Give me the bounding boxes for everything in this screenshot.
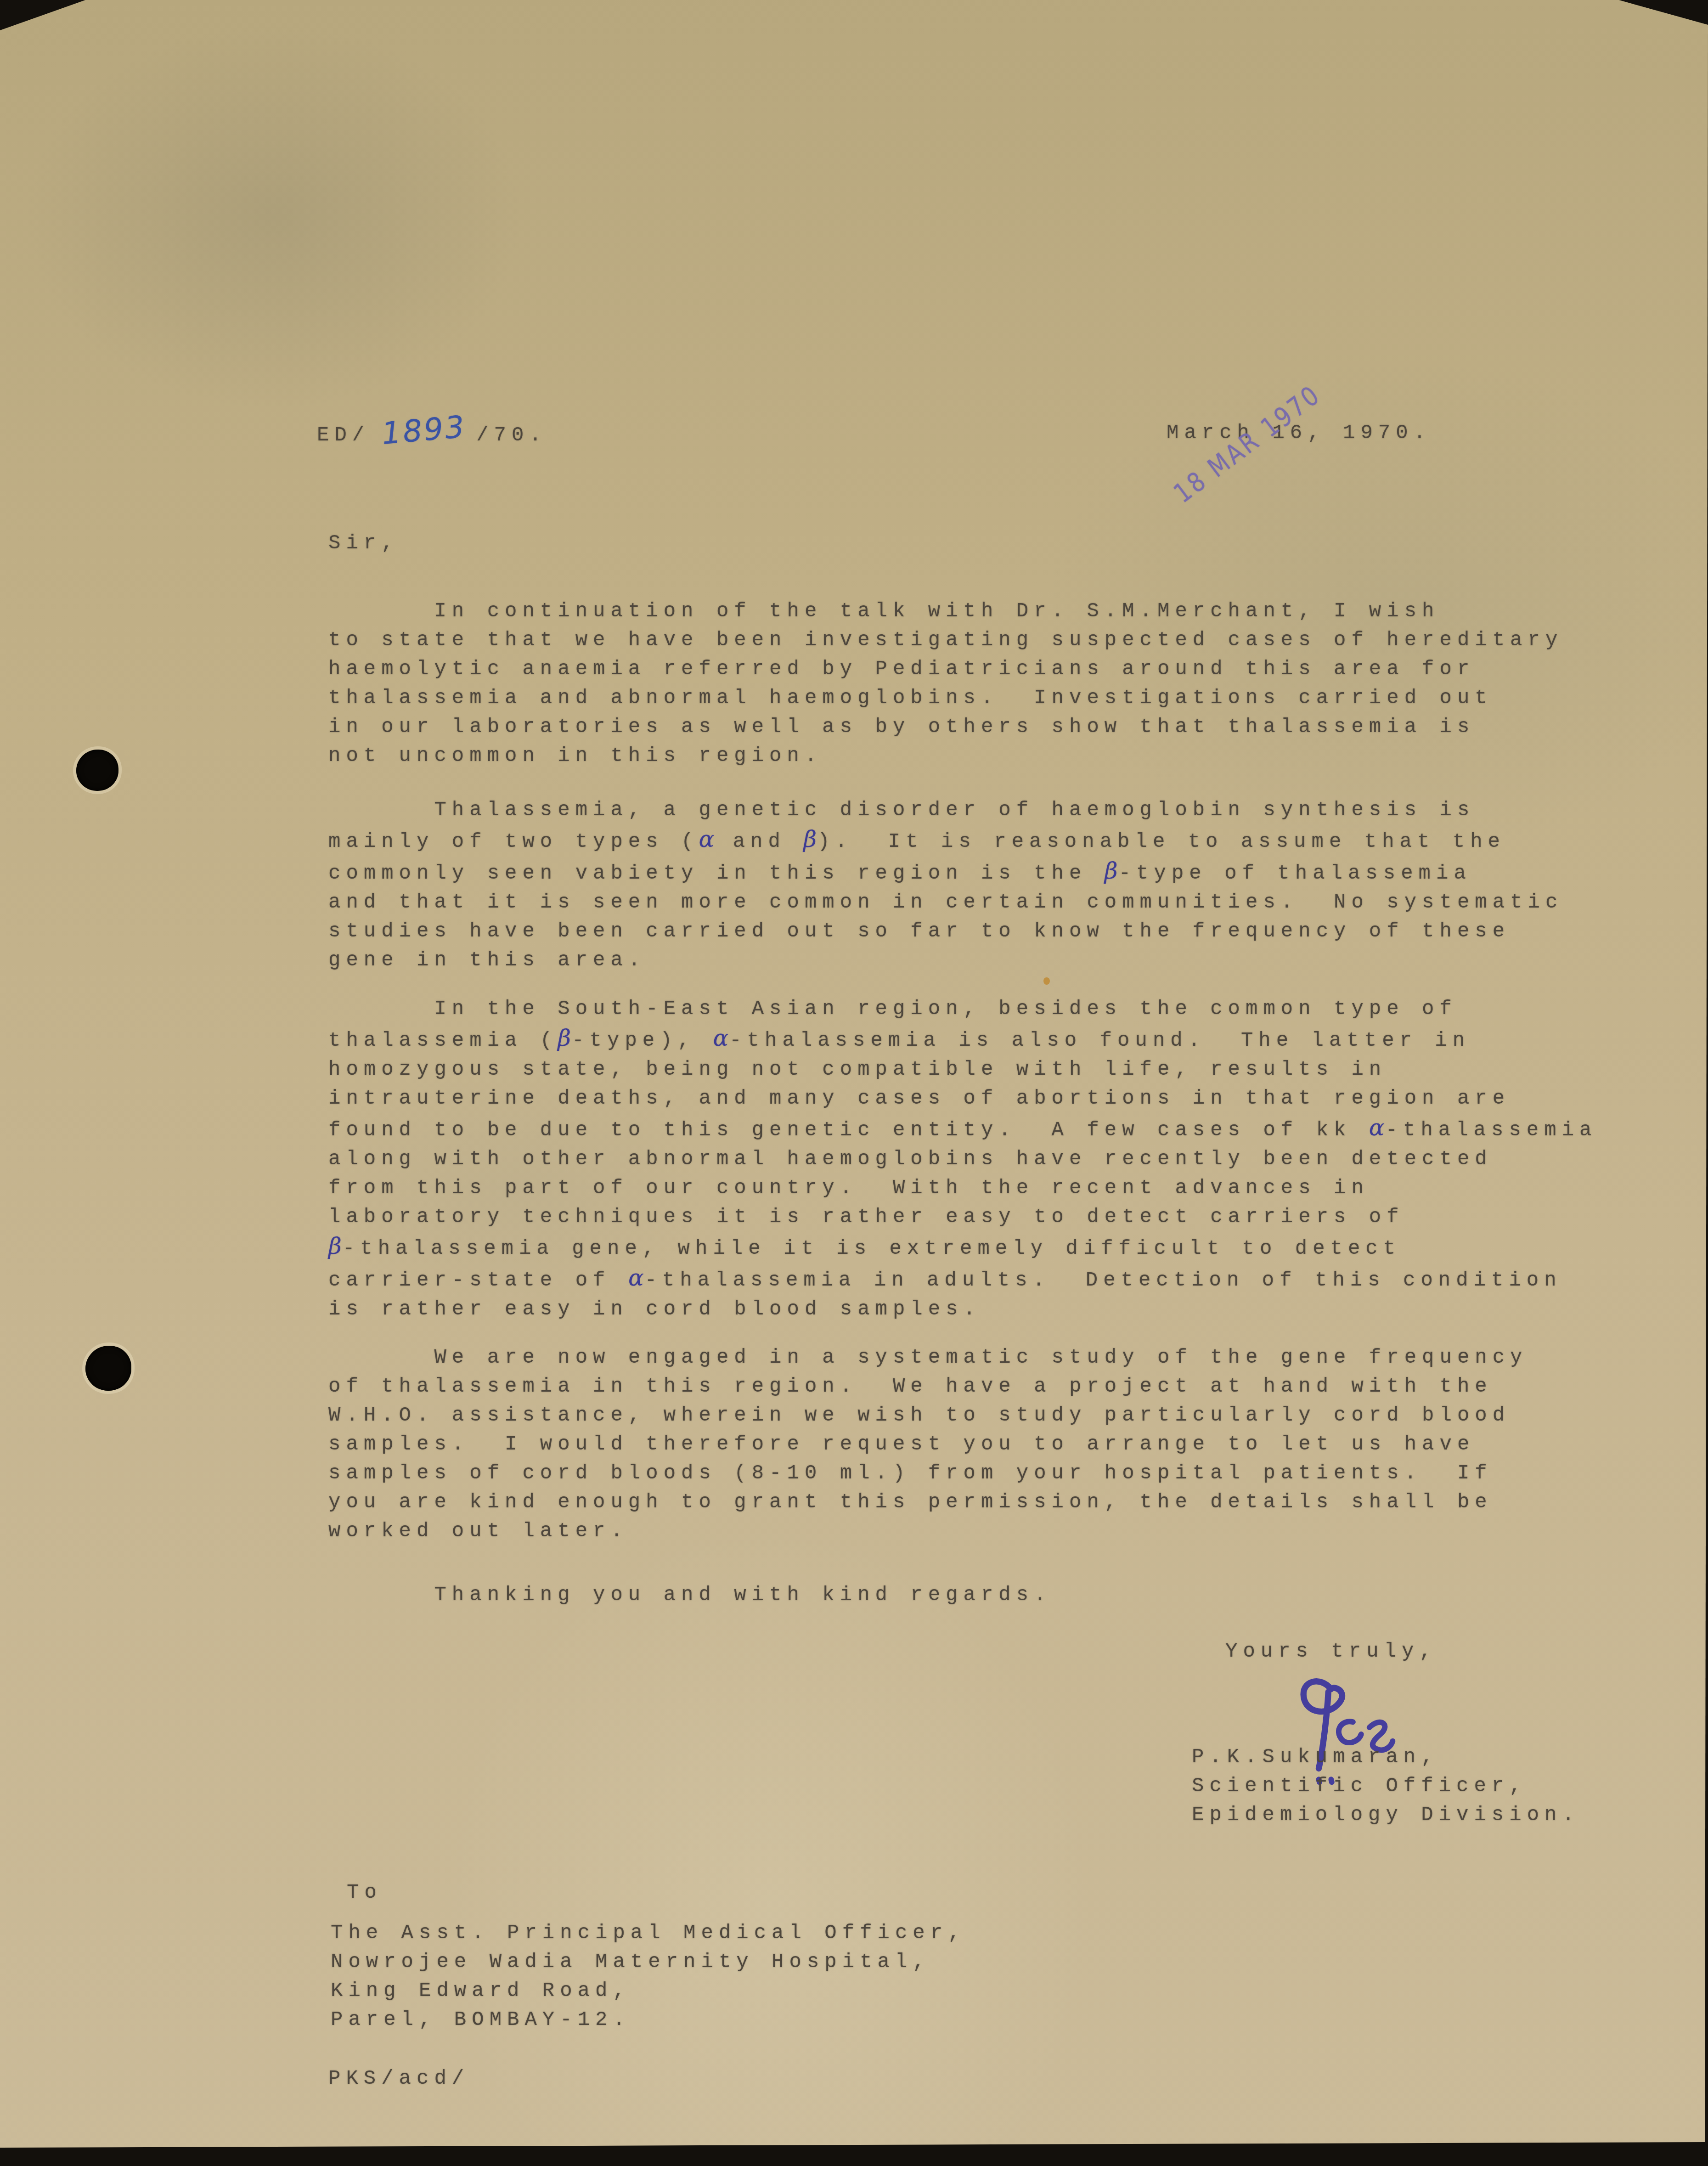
- recipient-address-line: King Edward Road,: [331, 1977, 966, 2006]
- letter-line: commonly seen vabiety in this region is …: [328, 857, 1563, 888]
- handwritten-greek-letter: α: [699, 826, 716, 852]
- letter-line: gene in this area.: [328, 946, 1563, 975]
- letter-line: along with other abnormal haemoglobins h…: [328, 1145, 1597, 1174]
- scanned-letter: ED/ 1893 /70. March 16, 1970. 18 MAR 197…: [0, 0, 1708, 2166]
- body-paragraph-4: We are now engaged in a systematic study…: [328, 1343, 1528, 1546]
- letter-line: In continuation of the talk with Dr. S.M…: [328, 597, 1563, 626]
- handwritten-greek-letter: β: [558, 1025, 572, 1051]
- letter-line: from this part of our country. With the …: [328, 1174, 1597, 1203]
- body-paragraph-1: In continuation of the talk with Dr. S.M…: [328, 597, 1563, 771]
- recipient-address-line: Nowrojee Wadia Maternity Hospital,: [331, 1948, 966, 1977]
- handwritten-greek-letter: α: [1369, 1114, 1386, 1141]
- letter-line: you are kind enough to grant this permis…: [328, 1488, 1528, 1517]
- reference-prefix: ED/: [317, 421, 370, 450]
- signatory-line: Epidemiology Division.: [1192, 1801, 1580, 1830]
- letter-line: carrier-state of α-thalassemia in adults…: [328, 1263, 1597, 1295]
- body-paragraph-2: Thalassemia, a genetic disorder of haemo…: [328, 796, 1563, 975]
- typist-initials: PKS/acd/: [328, 2064, 469, 2093]
- handwritten-greek-letter: α: [628, 1264, 645, 1291]
- letter-line: laboratory techniques it is rather easy …: [328, 1203, 1597, 1232]
- closing-line: Thanking you and with kind regards.: [328, 1581, 1052, 1610]
- signatory-line: Scientific Officer,: [1192, 1772, 1580, 1801]
- letter-line: β-thalassemia gene, while it is extremel…: [328, 1232, 1597, 1263]
- salutation: Sir,: [328, 529, 399, 558]
- letter-line: W.H.O. assistance, wherein we wish to st…: [328, 1401, 1528, 1430]
- letter-line: intrauterine deaths, and many cases of a…: [328, 1084, 1597, 1113]
- letter-line: haemolytic anaemia referred by Pediatric…: [328, 655, 1563, 684]
- letter-line: In the South-East Asian region, besides …: [328, 995, 1597, 1024]
- paper-stain: [1043, 977, 1050, 985]
- reference-suffix: /70.: [476, 421, 547, 450]
- recipient-address-line: Parel, BOMBAY-12.: [331, 2006, 966, 2035]
- letter-line: samples of cord bloods (8-10 ml.) from y…: [328, 1459, 1528, 1488]
- letter-line: thalassemia and abnormal haemoglobins. I…: [328, 684, 1563, 713]
- punch-hole-bottom: [85, 1346, 131, 1391]
- reference-line: ED/ 1893 /70.: [317, 416, 547, 450]
- letter-line: worked out later.: [328, 1517, 1528, 1546]
- valediction: Yours truly,: [1225, 1637, 1437, 1666]
- letter-line: found to be due to this genetic entity. …: [328, 1113, 1597, 1145]
- signatory-block: P.K.Sukumaran,Scientific Officer,Epidemi…: [1192, 1743, 1580, 1830]
- handwritten-greek-letter: β: [803, 826, 817, 852]
- letter-line: of thalassemia in this region. We have a…: [328, 1372, 1528, 1401]
- handwritten-greek-letter: β: [1105, 857, 1119, 884]
- letter-line: in our laboratories as well as by others…: [328, 713, 1563, 742]
- handwritten-reference-number: 1893: [381, 412, 468, 448]
- letter-line: Thalassemia, a genetic disorder of haemo…: [328, 796, 1563, 825]
- recipient-address: The Asst. Principal Medical Officer,Nowr…: [331, 1919, 966, 2035]
- recipient-address-line: The Asst. Principal Medical Officer,: [331, 1919, 966, 1948]
- recipient-label: To: [347, 1878, 382, 1907]
- body-paragraph-3: In the South-East Asian region, besides …: [328, 995, 1597, 1324]
- punch-hole-top: [76, 750, 118, 791]
- handwritten-greek-letter: α: [713, 1025, 729, 1051]
- letter-line: to state that we have been investigating…: [328, 626, 1563, 655]
- signatory-line: P.K.Sukumaran,: [1192, 1743, 1580, 1772]
- letter-line: not uncommon in this region.: [328, 742, 1563, 771]
- letter-line: thalassemia (β-type), α-thalassemia is a…: [328, 1024, 1597, 1055]
- handwritten-greek-letter: β: [328, 1233, 343, 1259]
- letter-line: is rather easy in cord blood samples.: [328, 1295, 1597, 1324]
- letter-line: homozygous state, being not compatible w…: [328, 1055, 1597, 1084]
- letter-line: mainly of two types (α and β). It is rea…: [328, 825, 1563, 857]
- letter-line: samples. I would therefore request you t…: [328, 1430, 1528, 1459]
- letter-line: studies have been carried out so far to …: [328, 917, 1563, 946]
- letter-line: and that it is seen more common in certa…: [328, 888, 1563, 917]
- letter-line: We are now engaged in a systematic study…: [328, 1343, 1528, 1372]
